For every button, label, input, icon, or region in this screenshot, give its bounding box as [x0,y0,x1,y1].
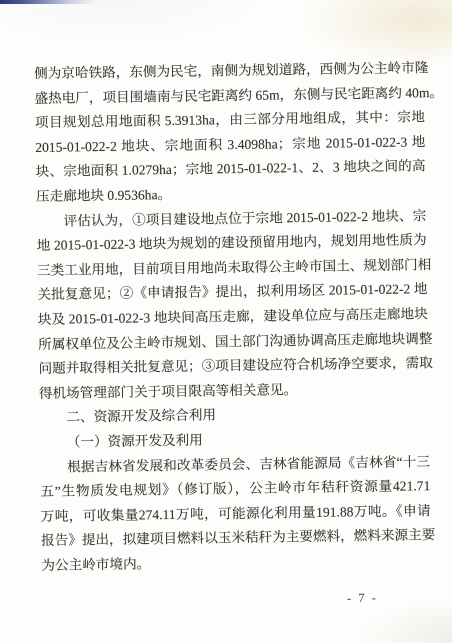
text-line: 为公主岭市境内。 [41,548,431,578]
scanned-document-page: 侧为京哈铁路，东侧为民宅，南侧为规划道路，西侧为公主岭市隆 盛热电厂，项目围墙南… [0,0,452,643]
document-body-text: 侧为京哈铁路，东侧为民宅，南侧为规划道路，西侧为公主岭市隆 盛热电厂，项目围墙南… [34,56,432,578]
page-number: - 7 - [347,591,378,606]
scan-edge-artifact [0,0,100,4]
